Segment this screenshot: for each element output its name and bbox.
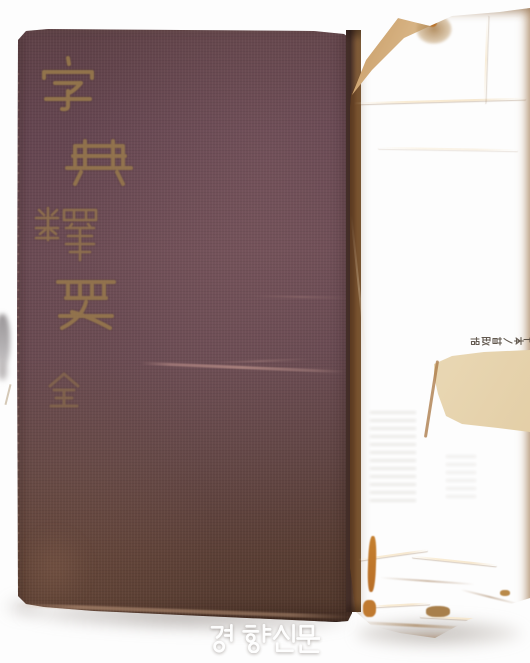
- cover-title-char-2: [60, 138, 138, 188]
- worn-spot: [20, 528, 90, 608]
- crease-line: [370, 602, 430, 607]
- tear-exposed-spot: [363, 600, 376, 617]
- tear-exposed-spot: [426, 606, 450, 617]
- ink-bleedthrough: [446, 454, 476, 498]
- left-edge-object: [0, 314, 10, 368]
- tear-exposed-spot: [367, 536, 377, 592]
- cover-title-char-4: [54, 276, 118, 334]
- watermark: [210, 624, 320, 653]
- torn-notch: [428, 18, 437, 27]
- crease-line: [378, 147, 518, 151]
- crease-line: [461, 589, 520, 605]
- loose-thread: [4, 384, 11, 405]
- frayed-cloth-edge: [15, 68, 19, 588]
- rotated-printed-text: [470, 328, 530, 354]
- watermark-glyphs: [210, 624, 320, 653]
- tear-exposed-spot: [500, 590, 510, 596]
- crease-line: [354, 98, 526, 105]
- crease-line: [483, 16, 488, 104]
- cover-title-char-1: [38, 56, 98, 112]
- stain: [416, 14, 452, 44]
- crease-line: [350, 214, 368, 363]
- left-edge-object-blur: [0, 362, 7, 380]
- torn-patch: [350, 8, 530, 448]
- scratch-mark: [214, 358, 309, 363]
- ink-bleedthrough: [370, 410, 416, 502]
- scratch-mark: [140, 362, 345, 373]
- crease-line: [380, 577, 475, 585]
- scratch-mark: [252, 295, 352, 298]
- flyleaf-page: [350, 8, 530, 642]
- book-cover: [14, 28, 352, 622]
- rotated-text-glyphs: [470, 328, 530, 354]
- volume-char: [46, 372, 82, 410]
- cover-title-char-3: [32, 206, 98, 262]
- tear-edge: [424, 360, 439, 437]
- photo-of-old-book: [0, 0, 530, 663]
- crease-line: [412, 556, 497, 567]
